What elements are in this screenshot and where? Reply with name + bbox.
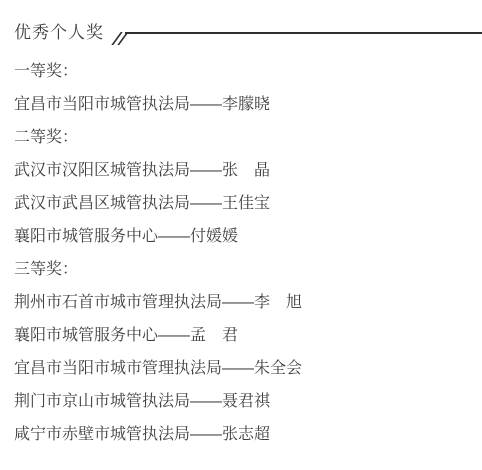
double-slash-decoration (111, 32, 128, 45)
prize-section-third: 三等奖： 荆州市石首市城市管理执法局——李 旭 襄阳市城管服务中心——孟 君 宜… (14, 261, 482, 443)
award-entry: 武汉市汉阳区城管执法局——张 晶 (14, 162, 482, 179)
award-entry: 武汉市武昌区城管执法局——王佳宝 (14, 195, 482, 212)
prize-tier-label: 一等奖： (14, 63, 482, 80)
section-header: 优秀个人奖 (14, 24, 482, 42)
page-title: 优秀个人奖 (14, 24, 104, 42)
header-rule (125, 32, 482, 34)
prize-section-second: 二等奖： 武汉市汉阳区城管执法局——张 晶 武汉市武昌区城管执法局——王佳宝 襄… (14, 129, 482, 245)
prize-section-first: 一等奖： 宜昌市当阳市城管执法局——李朦晓 (14, 63, 482, 113)
award-entry: 宜昌市当阳市城管执法局——李朦晓 (14, 96, 482, 113)
award-entry: 咸宁市赤壁市城管执法局——张志超 (14, 426, 482, 443)
prize-tier-label: 三等奖： (14, 261, 482, 278)
award-entry: 襄阳市城管服务中心——孟 君 (14, 327, 482, 344)
award-entry: 宜昌市当阳市城市管理执法局——朱全会 (14, 360, 482, 377)
award-entry: 荆州市石首市城市管理执法局——李 旭 (14, 294, 482, 311)
award-entry: 襄阳市城管服务中心——付媛媛 (14, 228, 482, 245)
award-entry: 荆门市京山市城管执法局——聂君祺 (14, 393, 482, 410)
award-announcement-document: 优秀个人奖 一等奖： 宜昌市当阳市城管执法局——李朦晓 二等奖： 武汉市汉阳区城… (0, 0, 482, 470)
prize-tier-label: 二等奖： (14, 129, 482, 146)
